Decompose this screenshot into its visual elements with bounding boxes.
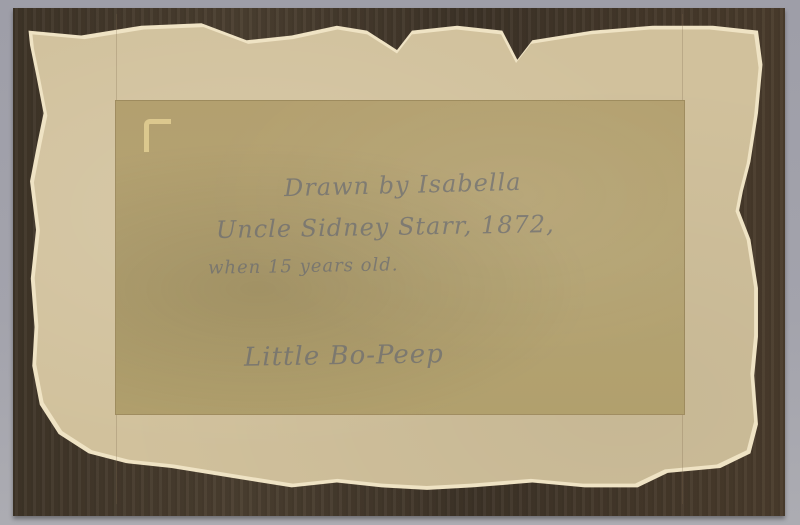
inscription-title: Little Bo-Peep — [244, 339, 444, 372]
inscribed-label: Drawn by Isabella Uncle Sidney Starr, 18… — [115, 100, 685, 415]
inscription-line-3: when 15 years old. — [208, 254, 399, 278]
inscription-line-2: Uncle Sidney Starr, 1872, — [216, 210, 555, 244]
inscription-line-1: Drawn by Isabella — [284, 168, 522, 202]
pencil-inscription: Drawn by Isabella Uncle Sidney Starr, 18… — [116, 101, 684, 414]
